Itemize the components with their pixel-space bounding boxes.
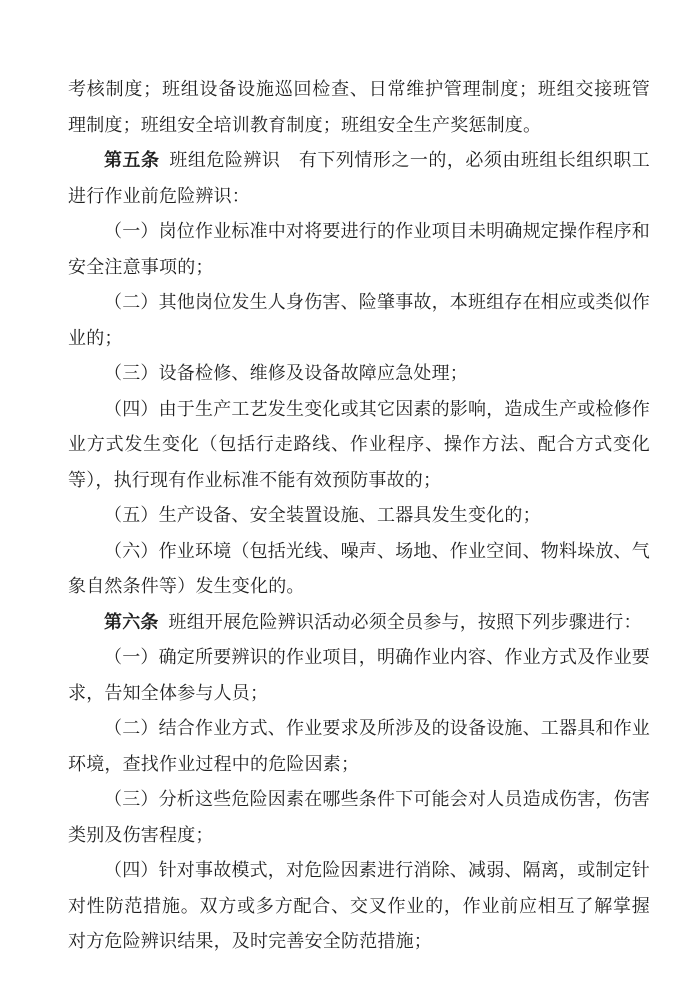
paragraph-continuation: 考核制度；班组设备设施巡回检查、日常维护管理制度；班组交接班管理制度；班组安全培… <box>68 72 650 143</box>
clause-6-paragraph: 第六条班组开展危险辨识活动必须全员参与，按照下列步骤进行： <box>68 605 650 641</box>
clause-5-item-2: （二）其他岗位发生人身伤害、险肇事故，本班组存在相应或类似作业的； <box>68 285 650 356</box>
clause-5-item-6: （六）作业环境（包括光线、噪声、场地、作业空间、物料垛放、气象自然条件等）发生变… <box>68 534 650 605</box>
clause-6-number: 第六条 <box>104 612 159 632</box>
clause-6-text: 班组开展危险辨识活动必须全员参与，按照下列步骤进行： <box>169 612 642 632</box>
document-page: 考核制度；班组设备设施巡回检查、日常维护管理制度；班组交接班管理制度；班组安全培… <box>0 0 700 990</box>
clause-5-number: 第五条 <box>104 150 160 170</box>
clause-6-item-4: （四）针对事故模式，对危险因素进行消除、减弱、隔离，或制定针对性防范措施。双方或… <box>68 853 650 960</box>
clause-6-item-1: （一）确定所要辨识的作业项目，明确作业内容、作业方式及作业要求，告知全体参与人员… <box>68 640 650 711</box>
clause-6-item-2: （二）结合作业方式、作业要求及所涉及的设备设施、工器具和作业环境，查找作业过程中… <box>68 711 650 782</box>
clause-6-item-3: （三）分析这些危险因素在哪些条件下可能会对人员造成伤害，伤害类别及伤害程度； <box>68 782 650 853</box>
clause-5-item-5: （五）生产设备、安全装置设施、工器具发生变化的； <box>68 498 650 534</box>
clause-5-item-1: （一）岗位作业标准中对将要进行的作业项目未明确规定操作程序和安全注意事项的； <box>68 214 650 285</box>
clause-5-item-3: （三）设备检修、维修及设备故障应急处理； <box>68 356 650 392</box>
clause-5-paragraph: 第五条班组危险辨识 有下列情形之一的，必须由班组长组织职工进行作业前危险辨识： <box>68 143 650 214</box>
clause-5-item-4: （四）由于生产工艺发生变化或其它因素的影响，造成生产或检修作业方式发生变化（包括… <box>68 392 650 499</box>
